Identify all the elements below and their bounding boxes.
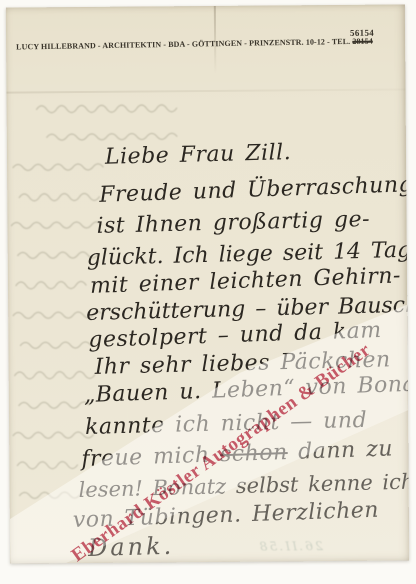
letter-line: Freude und Überraschung (99, 172, 409, 208)
letter-line: ist Ihnen großartig ge- (96, 207, 370, 239)
verso-date-showthrough: 26.II.58 (213, 538, 323, 554)
letter-line: lesen! Bonatz selbst kenne ich (78, 470, 409, 502)
paper: 56154 LUCY HILLEBRAND - ARCHITEKTIN - BD… (6, 4, 409, 563)
letter-body: Liebe Frau Zill. Freude und Überraschung… (6, 4, 409, 563)
letter-line-post: dann zu (287, 436, 393, 465)
letter-line: Liebe Frau Zill. (105, 140, 292, 170)
scanned-letter: 56154 LUCY HILLEBRAND - ARCHITEKTIN - BD… (0, 0, 416, 584)
